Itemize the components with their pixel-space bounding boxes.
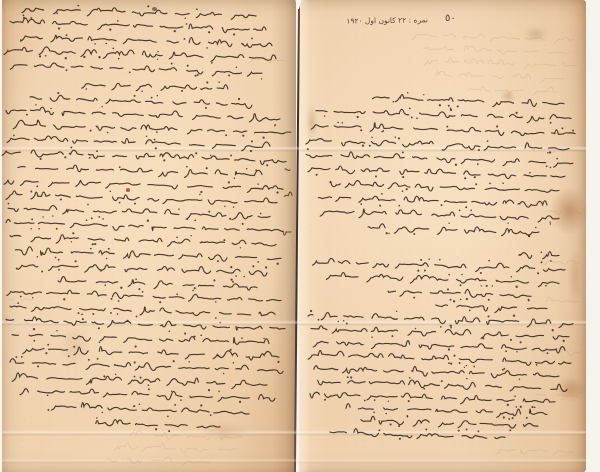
page-number: ٥٠: [445, 13, 456, 24]
left-page: [2, 0, 296, 472]
scanned-letter-photo: نمره : ٢٢ كانون اول ١٩٢٠ ٥٠: [0, 0, 600, 472]
fold-shadow: [272, 0, 296, 472]
dateline-text: نمره : ٢٢ كانون اول ١٩٢٠: [332, 15, 428, 25]
fold-highlight: [299, 0, 310, 472]
letter-sheet: نمره : ٢٢ كانون اول ١٩٢٠ ٥٠: [2, 0, 586, 472]
right-page: نمره : ٢٢ كانون اول ١٩٢٠ ٥٠: [299, 0, 586, 472]
